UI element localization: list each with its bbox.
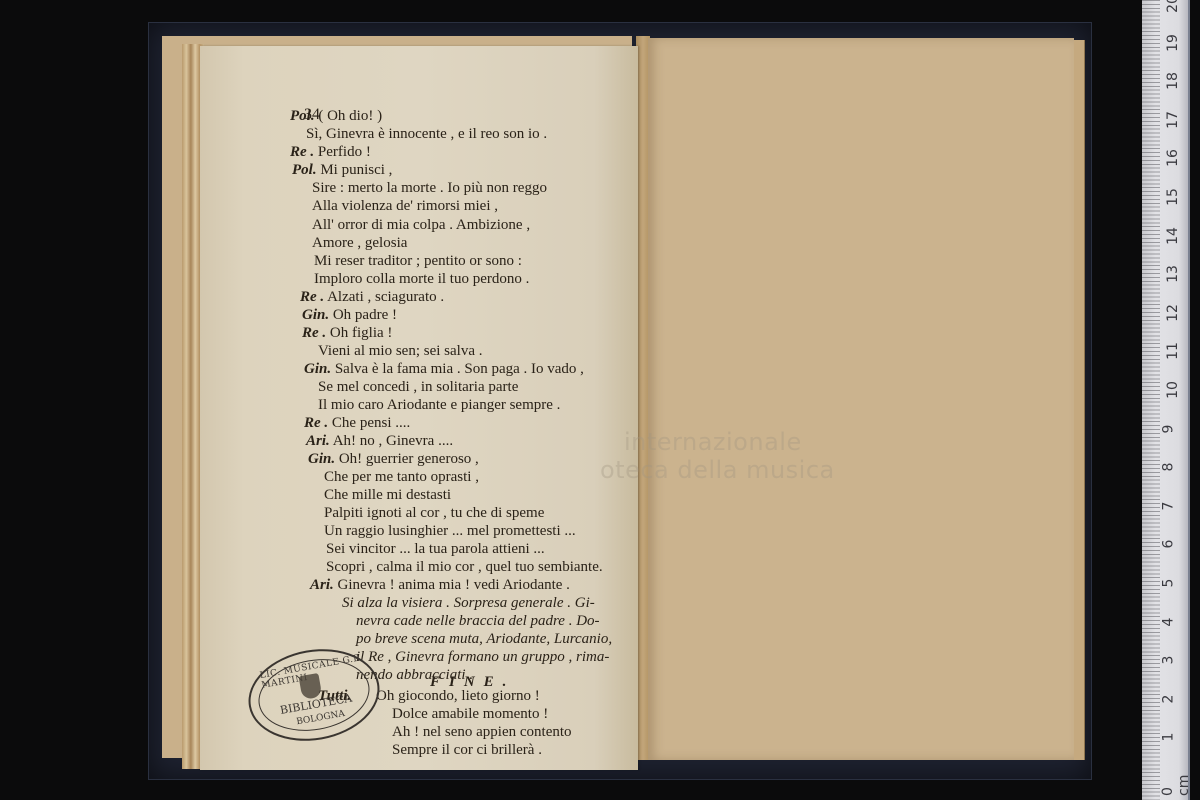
line-text: Ah! no , Ginevra .... xyxy=(330,433,453,449)
line-text: Un raggio lusinghier ... mel promettesti… xyxy=(324,523,576,539)
line-text: Amore , gelosia xyxy=(312,235,407,251)
ruler-label: 15 xyxy=(1165,188,1181,206)
stage-direction-line: il Re , Ginevra formano un gruppo , rima… xyxy=(356,649,609,666)
line-text: Sì, Ginevra è innocente , e il reo son i… xyxy=(306,126,547,142)
text-line: Pol. ( Oh dio! ) xyxy=(290,108,382,125)
line-text: Palpiti ignoti al cor , tu che di speme xyxy=(324,505,544,521)
text-line: Pol. Mi punisci , xyxy=(292,162,392,179)
tutti-line: Dolce amabile momento ! xyxy=(392,706,548,723)
speaker-label: Re . xyxy=(302,325,326,341)
line-text: Che mille mi destasti xyxy=(324,487,451,503)
ruler-label: 20 xyxy=(1165,0,1181,13)
text-line: Che mille mi destasti xyxy=(324,487,451,504)
ruler-label: 17 xyxy=(1165,111,1181,129)
line-text: Vieni al mio sen; sei salva . xyxy=(318,343,482,359)
ruler-label: 10 xyxy=(1165,381,1181,399)
line-text: Che pensi .... xyxy=(328,415,410,431)
speaker-label: Re . xyxy=(304,415,328,431)
line-text: Alla violenza de' rimorsi miei , xyxy=(312,198,498,214)
speaker-label: Pol. xyxy=(290,108,315,124)
line-text: Sire : merto la morte . Io più non reggo xyxy=(312,180,547,196)
ruler-label: 1 xyxy=(1160,733,1176,742)
stage-direction-line: nevra cade nelle braccia del padre . Do- xyxy=(356,613,600,630)
text-line: Gin. Salva è la fama mia . Son paga . Io… xyxy=(304,361,584,378)
tutti-line: Sempre il cor ci brillerà . xyxy=(392,742,542,759)
ruler-ticks xyxy=(1142,0,1160,800)
ruler-label: 14 xyxy=(1165,227,1181,245)
line-text: Salva è la fama mia . Son paga . Io vado… xyxy=(331,361,584,377)
text-line: Un raggio lusinghier ... mel promettesti… xyxy=(324,523,576,540)
text-line: Vieni al mio sen; sei salva . xyxy=(318,343,482,360)
line-text: Che per me tanto oprasti , xyxy=(324,469,479,485)
measurement-ruler: 0 cm1234567891011121314151617181920 xyxy=(1142,0,1190,800)
text-line: All' orror di mia colpa . Ambizione , xyxy=(312,217,530,234)
text-line: Ari. Ginevra ! anima mia ! vedi Ariodant… xyxy=(310,577,570,594)
ruler-label: 19 xyxy=(1165,34,1181,52)
line-text: Perfido ! xyxy=(314,144,371,160)
text-line: Re . Che pensi .... xyxy=(304,415,410,432)
ruler-label: 3 xyxy=(1160,656,1176,665)
text-line: Gin. Oh! guerrier generoso , xyxy=(308,451,479,468)
speaker-label: Ari. xyxy=(310,577,334,593)
text-line: Sire : merto la morte . Io più non reggo xyxy=(312,180,547,197)
text-line: Alla violenza de' rimorsi miei , xyxy=(312,198,498,215)
speaker-label: Gin. xyxy=(308,451,335,467)
ruler-label: 6 xyxy=(1160,540,1176,549)
tutti-line: Oh giocondo, lieto giorno ! xyxy=(376,688,540,705)
ruler-label: 0 cm xyxy=(1160,772,1192,796)
line-text: Oh figlia ! xyxy=(326,325,392,341)
page-text: 34 FINE. Pol. ( Oh dio! )Sì, Ginevra è i… xyxy=(0,0,1200,800)
line-text: Oh padre ! xyxy=(329,307,397,323)
speaker-label: Re . xyxy=(300,289,324,305)
text-line: Gin. Oh padre ! xyxy=(302,307,397,324)
text-line: Palpiti ignoti al cor , tu che di speme xyxy=(324,505,544,522)
text-line: Che per me tanto oprasti , xyxy=(324,469,479,486)
ruler-label: 16 xyxy=(1165,149,1181,167)
text-line: Ari. Ah! no , Ginevra .... xyxy=(306,433,453,450)
tutti-line: Ah ! nel seno appien contento xyxy=(392,724,572,741)
line-text: Sei vincitor ... la tua parola attieni .… xyxy=(326,541,545,557)
text-line: Imploro colla morte il tuo perdono . xyxy=(314,271,529,288)
speaker-label: Pol. xyxy=(292,162,317,178)
text-line: Il mio caro Ariodante e pianger sempre . xyxy=(318,397,560,414)
ruler-label: 9 xyxy=(1160,424,1176,433)
line-text: Alzati , sciagurato . xyxy=(324,289,444,305)
ruler-label: 8 xyxy=(1160,463,1176,472)
ruler-label: 4 xyxy=(1160,617,1176,626)
speaker-label: Ari. xyxy=(306,433,330,449)
line-text: Se mel concedi , in solitaria parte xyxy=(318,379,518,395)
text-line: Re . Perfido ! xyxy=(290,144,371,161)
speaker-label: Gin. xyxy=(302,307,329,323)
line-text: Ginevra ! anima mia ! vedi Ariodante . xyxy=(334,577,570,593)
ruler-label: 5 xyxy=(1160,579,1176,588)
ruler-label: 13 xyxy=(1165,265,1181,283)
text-line: Sei vincitor ... la tua parola attieni .… xyxy=(326,541,545,558)
stage-direction-line: po breve scena muta, Ariodante, Lurcanio… xyxy=(356,631,612,648)
ruler-label: 11 xyxy=(1165,342,1181,360)
text-line: Sì, Ginevra è innocente , e il reo son i… xyxy=(306,126,547,143)
line-text: Imploro colla morte il tuo perdono . xyxy=(314,271,529,287)
line-text: All' orror di mia colpa . Ambizione , xyxy=(312,217,530,233)
line-text: ( Oh dio! ) xyxy=(315,108,383,124)
speaker-label: Gin. xyxy=(304,361,331,377)
text-line: Amore , gelosia xyxy=(312,235,407,252)
text-line: Scopri , calma il mio cor , quel tuo sem… xyxy=(326,559,603,576)
ruler-label: 18 xyxy=(1165,72,1181,90)
line-text: Il mio caro Ariodante e pianger sempre . xyxy=(318,397,560,413)
ruler-label: 12 xyxy=(1165,304,1181,322)
speaker-label: Re . xyxy=(290,144,314,160)
ruler-label: 2 xyxy=(1160,694,1176,703)
line-text: Mi punisci , xyxy=(317,162,393,178)
line-text: Scopri , calma il mio cor , quel tuo sem… xyxy=(326,559,603,575)
line-text: Mi reser traditor ; pentito or sono : xyxy=(314,253,522,269)
line-text: Oh! guerrier generoso , xyxy=(335,451,479,467)
stage-direction-line: Si alza la visiera . Sorpresa generale .… xyxy=(342,595,595,612)
ruler-label: 7 xyxy=(1160,501,1176,510)
text-line: Se mel concedi , in solitaria parte xyxy=(318,379,518,396)
text-line: Re . Alzati , sciagurato . xyxy=(300,289,444,306)
text-line: Re . Oh figlia ! xyxy=(302,325,392,342)
text-line: Mi reser traditor ; pentito or sono : xyxy=(314,253,522,270)
